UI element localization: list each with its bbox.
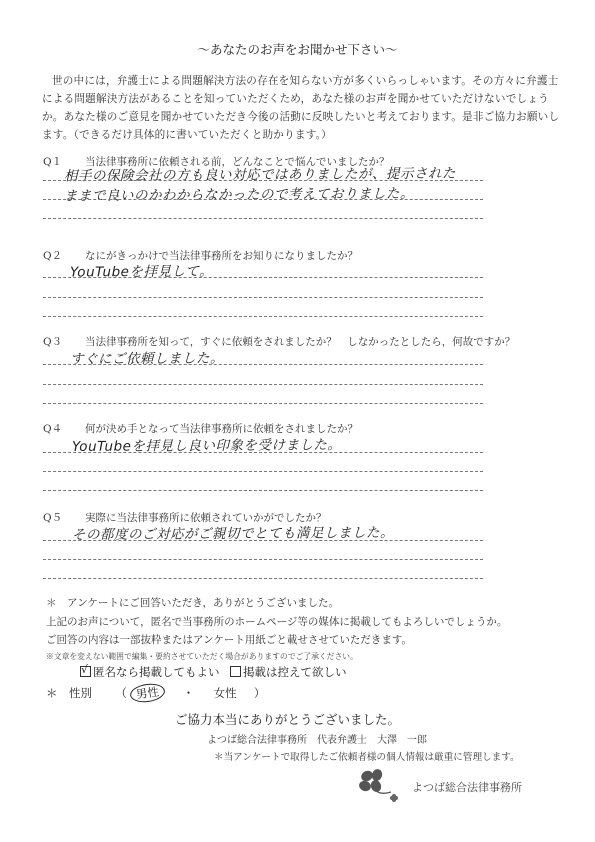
intro-paragraph: 世の中には，弁護士による問題解決方法の存在を知らない方が多くいらっしゃいます。そ… [42, 72, 562, 144]
page-title: ～あなたのお声をお聞かせ下さい～ [0, 40, 595, 58]
edit-note: ※文章を変えない範囲で編集・要約させていただく場合がありますのでご了承ください。 [46, 651, 358, 662]
answer-line [43, 297, 483, 298]
question-number: Q４ [43, 421, 85, 436]
close-paren: ） [254, 686, 266, 700]
privacy-note: ＊当アンケートで取得したご依頼者様の個人情報は厳重に管理します。 [214, 749, 520, 763]
gender-option-male-selected[interactable]: 男性 [129, 682, 166, 705]
intro-line: ます。（できるだけ具体的に書いていただくと助かります。） [42, 126, 562, 144]
answer-line [43, 403, 483, 404]
answer-line [43, 180, 483, 181]
checkbox-unchecked[interactable] [230, 666, 241, 677]
open-paren: （ [115, 686, 127, 700]
intro-line: か。あなた様のご意見を聞かせていただき今後の活動に反映したいと考えております。是… [42, 108, 562, 126]
answer-line [43, 452, 483, 453]
answer-line [43, 199, 483, 200]
answer-line [43, 578, 483, 579]
answer-line [43, 540, 483, 541]
intro-line: による問題解決方法があることを知っていただくため，あなた様のお声を聞かせていただ… [42, 90, 562, 108]
gender-option-female[interactable]: 女性 [214, 686, 237, 700]
answer-line [43, 471, 483, 472]
separator: ・ [183, 686, 195, 700]
thanks-line: ＊ アンケートにご回答いただき，ありがとうございました。 [46, 594, 339, 612]
option-label: 掲載は控えて欲しい [243, 665, 347, 679]
check-mark-icon: √ [81, 663, 88, 676]
permission-option-allow[interactable]: √匿名なら掲載してもよい [80, 664, 220, 680]
checkbox-checked[interactable]: √ [80, 666, 91, 677]
gender-label: ＊ 性別 [46, 686, 92, 700]
clover-icon [355, 766, 415, 806]
logo-text: よつば総合法律事務所 [412, 779, 522, 795]
answer-line [43, 364, 483, 365]
answer-line [43, 490, 483, 491]
answer-line [43, 218, 483, 219]
content-note: ご回答の内容は一部抜粋またはアンケート用紙ごと載せさせていただきます。 [46, 631, 412, 649]
permission-option-decline[interactable]: 掲載は控えて欲しい [230, 664, 347, 680]
answer-line [43, 316, 483, 317]
gender-field: ＊ 性別 （ 男性 ・ 女性 ） [46, 684, 265, 702]
footer-thanks: ご協力本当にありがとうございました。 [175, 710, 400, 728]
handwritten-answer: ままで良いのかわからなかったので考えておりました。 [64, 182, 414, 204]
answer-line [43, 277, 483, 278]
option-label: 匿名なら掲載してもよい [93, 665, 220, 679]
intro-line: 世の中には，弁護士による問題解決方法の存在を知らない方が多くいらっしゃいます。そ… [42, 72, 562, 90]
signature: よつば総合法律事務所 代表弁護士 大澤 一郎 [207, 731, 427, 746]
permission-question: 上記のお声について，匿名で当事務所のホームページ等の媒体に掲載してもよろしいでし… [46, 613, 507, 631]
answer-line [43, 384, 483, 385]
answer-line [43, 559, 483, 560]
